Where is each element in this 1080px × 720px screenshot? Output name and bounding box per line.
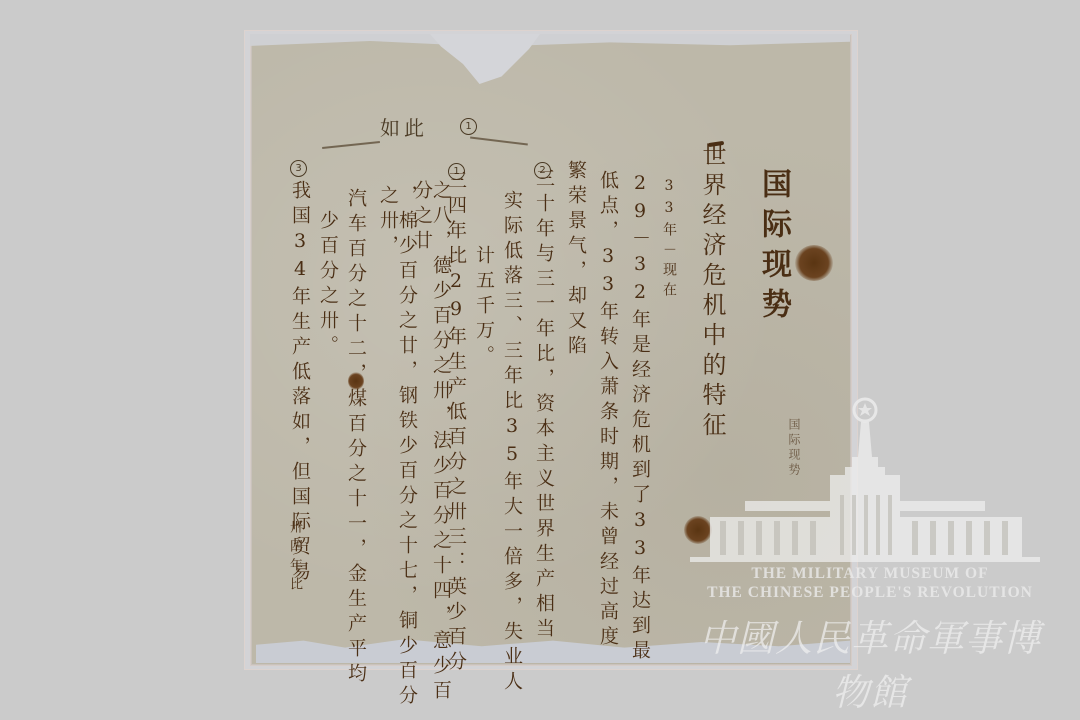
section-heading: 世界经济危机中的特征 xyxy=(700,142,724,442)
text-column: 少百分之卅。 xyxy=(318,210,337,360)
text-column: ，棉少百分之廿，钢铁少百分之十七，铜少百分之卅， xyxy=(378,185,416,720)
ink-blot xyxy=(684,516,712,544)
ink-blot xyxy=(348,372,364,390)
circled-number: 3 xyxy=(290,160,307,177)
margin-note: 国际现势 xyxy=(788,418,800,478)
text-column: 三十年与三一年比，资本主义世界生产相当 xyxy=(534,168,553,643)
text-column: 计五千万。 xyxy=(474,245,493,370)
text-column: 33年－现在 xyxy=(662,178,676,302)
text-column: 卅四年比 xyxy=(288,520,301,596)
text-column: 29－32年是经济危机到了33年达到最 xyxy=(630,172,649,665)
circled-number: 1 xyxy=(460,118,477,135)
document-title: 国际现势 xyxy=(758,168,788,328)
document-viewer: 如此 1 国际现势 世界经济危机中的特征 33年－现在 29－32年是经济危机到… xyxy=(0,0,1080,720)
text-column: 实际低落三、三年比35年大一倍多，失业人 xyxy=(502,190,521,696)
text-column: 低点，33年转入萧条时期，未曾经过高度 xyxy=(598,170,617,651)
text-column: 汽车百分之十二，煤百分之十一，金生产平均 xyxy=(346,188,365,688)
text-column: 繁荣景气，却又陷 xyxy=(566,160,585,360)
section-label: 如此 xyxy=(380,112,428,141)
ink-blot xyxy=(795,245,833,281)
